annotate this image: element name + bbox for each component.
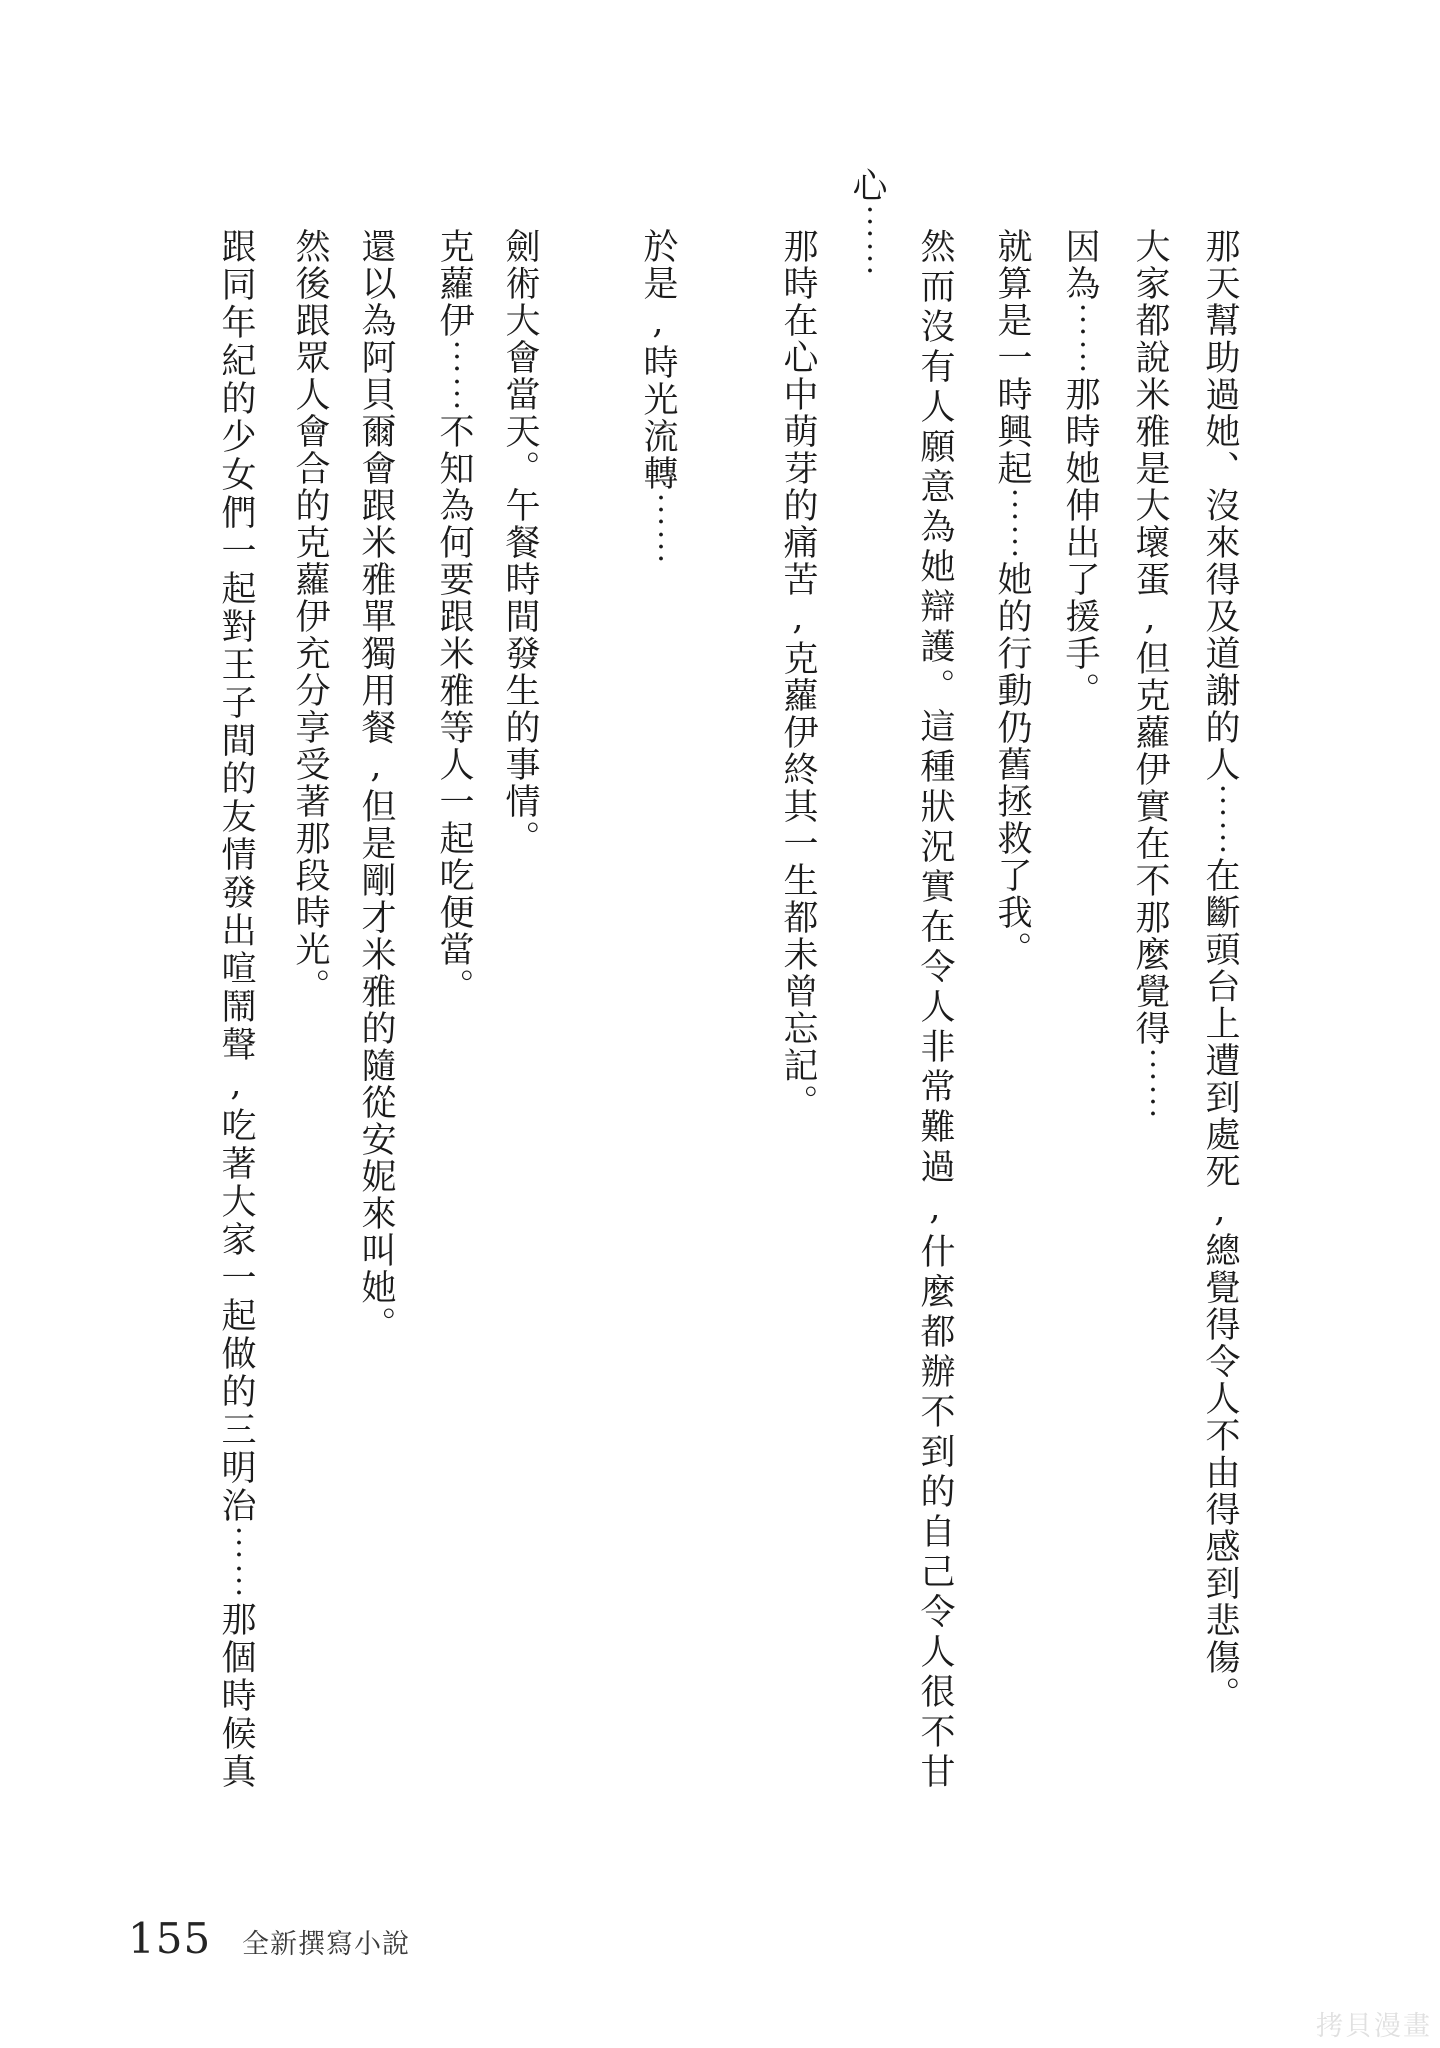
text-column-4: 就算是一時興起⋯⋯她的行動仍舊拯救了我。: [990, 228, 1034, 968]
text-column-1: 那天幫助過她、沒來得及道謝的人⋯⋯在斷頭台上遭到處死,總覺得令人不由得感到悲傷。: [1198, 228, 1242, 1713]
text-column-9: 劍術大會當天。午餐時間發生的事情。: [498, 228, 542, 857]
text-column-13: 跟同年紀的少女們一起對王子間的友情發出喧鬧聲,吃著大家一起做的三明治⋯⋯那個時候…: [214, 228, 258, 1791]
text-column-7: 那時在心中萌芽的痛苦,克蘿伊終其一生都未曾忘記。: [776, 228, 820, 1121]
text-column-10: 克蘿伊⋯⋯不知為何要跟米雅等人一起吃便當。: [432, 228, 476, 1005]
novel-page[interactable]: 那天幫助過她、沒來得及道謝的人⋯⋯在斷頭台上遭到處死,總覺得令人不由得感到悲傷。…: [0, 0, 1440, 2048]
novel-text-block: 那天幫助過她、沒來得及道謝的人⋯⋯在斷頭台上遭到處死,總覺得令人不由得感到悲傷。…: [0, 0, 1440, 1850]
text-column-2: 大家都說米雅是大壞蛋,但克蘿伊實在不那麼覺得⋯⋯: [1128, 228, 1172, 1121]
section-title: 全新撰寫小說: [242, 1922, 410, 1961]
text-column-8: 於是,時光流轉⋯⋯: [636, 228, 680, 566]
text-column-3: 因為⋯⋯那時她伸出了援手。: [1058, 228, 1102, 709]
watermark: 拷貝漫畫: [1316, 2004, 1432, 2043]
page-number: 155: [128, 1914, 211, 1963]
text-column-5: 然而沒有人願意為她辯護。這種狀況實在令人非常難過,什麼都辦不到的自己令人很不甘: [913, 228, 957, 1793]
text-column-6: 心⋯⋯: [845, 167, 889, 278]
text-column-11: 還以為阿貝爾會跟米雅單獨用餐,但是剛才米雅的隨從安妮來叫她。: [354, 228, 398, 1343]
text-column-12: 然後跟眾人會合的克蘿伊充分享受著那段時光。: [288, 228, 332, 1005]
